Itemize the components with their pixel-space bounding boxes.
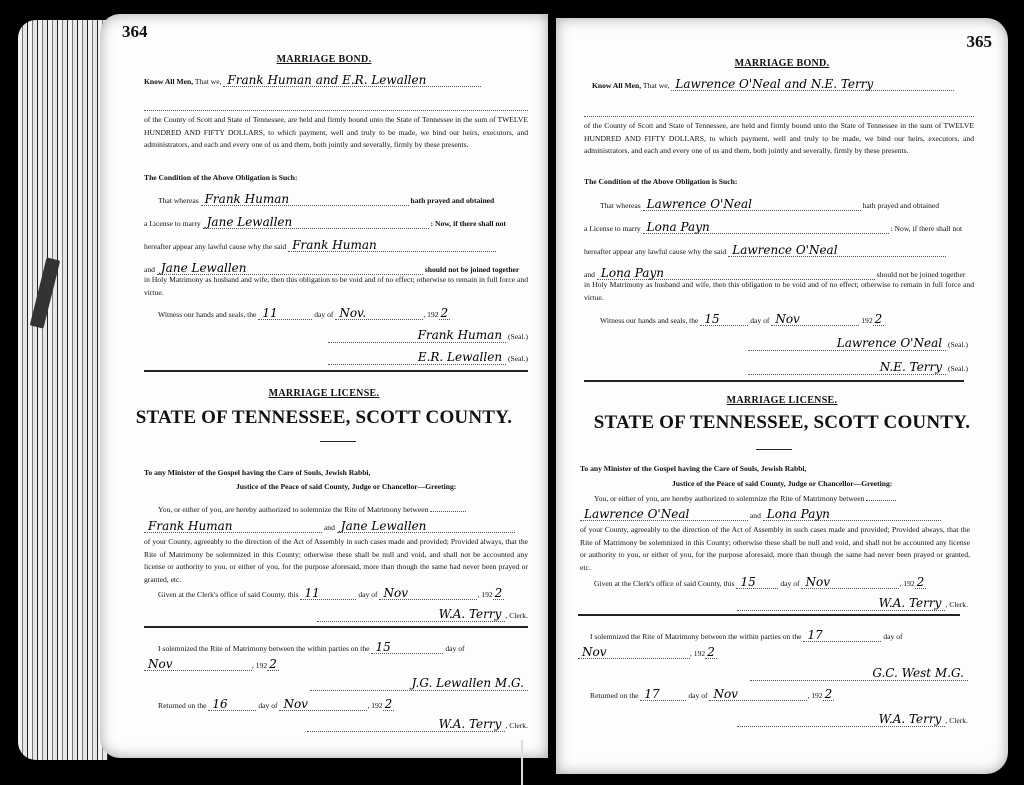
party1-field: Frank Human bbox=[144, 520, 322, 533]
signature-line-2: E.R. Lewallen (Seal.) bbox=[328, 350, 528, 365]
book-gutter bbox=[548, 0, 556, 785]
clerk-signature: W.A. Terry bbox=[737, 596, 945, 611]
bride-field: Lona Payn bbox=[643, 221, 889, 234]
solemnized-year: 2 bbox=[267, 658, 279, 671]
obligors-field: Lawrence O'Neal and N.E. Terry bbox=[671, 78, 954, 91]
solemnized-line: I solemnized the Rite of Matrimony betwe… bbox=[590, 629, 903, 642]
witness-line: Witness our hands and seals, the 15 day … bbox=[600, 313, 884, 326]
signature-line-1: Lawrence O'Neal (Seal.) bbox=[748, 336, 968, 351]
returned-day: 16 bbox=[208, 698, 256, 711]
short-rule bbox=[756, 449, 792, 450]
officiant-signature-line: G.C. West M.G. bbox=[750, 666, 968, 681]
holy-matrimony-text: in Holy Matrimony as husband and wife, t… bbox=[144, 274, 528, 299]
bond-body: of the County of Scott and State of Tenn… bbox=[144, 114, 528, 152]
page-365: 365 MARRIAGE BOND. Know All Men, That we… bbox=[556, 18, 1008, 774]
blank-line bbox=[144, 110, 528, 111]
that-whereas-line: That whereas Lawrence O'Neal hath prayed… bbox=[600, 198, 939, 211]
given-line: Given at the Clerk's office of said Coun… bbox=[158, 587, 504, 600]
license-body: of your County, agreeably to the directi… bbox=[144, 536, 528, 586]
blank-line bbox=[584, 116, 974, 117]
return-clerk-signature: W.A. Terry bbox=[737, 712, 945, 727]
greeting-line-1: To any Minister of the Gospel having the… bbox=[580, 465, 806, 473]
signature-1: Lawrence O'Neal bbox=[748, 336, 946, 351]
groom-field-2: Frank Human bbox=[288, 239, 496, 252]
groom-field-2: Lawrence O'Neal bbox=[728, 244, 946, 257]
given-day: 15 bbox=[736, 576, 778, 589]
groom-field: Frank Human bbox=[201, 193, 409, 206]
given-month: Nov bbox=[801, 576, 899, 589]
return-clerk-signature-line: W.A. Terry, Clerk. bbox=[737, 712, 968, 727]
clerk-signature-line: W.A. Terry, Clerk. bbox=[317, 607, 528, 622]
solemnized-day: 17 bbox=[803, 629, 881, 642]
solemnized-month: Nov bbox=[578, 646, 690, 659]
state-heading: STATE OF TENNESSEE, SCOTT COUNTY. bbox=[100, 407, 548, 429]
solemnized-month: Nov bbox=[144, 658, 252, 671]
bond-title: MARRIAGE BOND. bbox=[100, 54, 548, 65]
given-day: 11 bbox=[300, 587, 356, 600]
returned-month: Nov bbox=[709, 688, 807, 701]
condition-heading: The Condition of the Above Obligation is… bbox=[584, 178, 737, 186]
witness-year: 2 bbox=[439, 307, 451, 320]
witness-year: 2 bbox=[873, 313, 885, 326]
section-divider bbox=[578, 614, 960, 616]
given-month: Nov bbox=[379, 587, 477, 600]
that-whereas-line: That whereas Frank Human hath prayed and… bbox=[158, 193, 528, 206]
solemnized-line: I solemnized the Rite of Matrimony betwe… bbox=[158, 641, 465, 654]
gutter-crease bbox=[521, 740, 523, 785]
license-to-marry-line: a License to marry Lona Payn : Now, if t… bbox=[584, 221, 962, 234]
greeting-line-2: Justice of the Peace of said County, Jud… bbox=[672, 480, 892, 488]
officiant-signature-line: J.G. Lewallen M.G. bbox=[310, 676, 528, 691]
returned-line: Returned on the 16 day of Nov, 1922 bbox=[158, 698, 394, 711]
signature-line-2: N.E. Terry (Seal.) bbox=[748, 360, 968, 375]
witness-month: Nov. bbox=[335, 307, 423, 320]
party2-field: Lona Payn bbox=[763, 508, 941, 521]
page-364: 364 MARRIAGE BOND. Know All Men, That we… bbox=[100, 14, 548, 758]
clerk-signature-line: W.A. Terry, Clerk. bbox=[737, 596, 968, 611]
returned-year: 2 bbox=[383, 698, 395, 711]
page-number: 365 bbox=[967, 32, 993, 52]
parties-line: Lawrence O'Neal and Lona Payn bbox=[580, 508, 941, 521]
know-all-men-line: Know All Men, That we, Frank Human and E… bbox=[144, 74, 481, 87]
return-clerk-signature-line: W.A. Terry, Clerk. bbox=[307, 717, 528, 732]
solemnized-month-line: Nov, 1922 bbox=[578, 646, 717, 659]
given-year: 2 bbox=[915, 576, 927, 589]
short-rule bbox=[320, 441, 356, 442]
given-year: 2 bbox=[493, 587, 505, 600]
license-to-marry-line: a License to marry Jane Lewallen : Now, … bbox=[144, 216, 506, 229]
page-number: 364 bbox=[122, 22, 148, 42]
returned-year: 2 bbox=[823, 688, 835, 701]
returned-month: Nov bbox=[279, 698, 367, 711]
license-body: of your County, agreeably to the directi… bbox=[580, 524, 970, 574]
holy-matrimony-text: in Holy Matrimony as husband and wife, t… bbox=[584, 279, 974, 304]
signature-1: Frank Human bbox=[328, 328, 506, 343]
solemnized-month-line: Nov, 1922 bbox=[144, 658, 279, 671]
obligors-field: Frank Human and E.R. Lewallen bbox=[223, 74, 481, 87]
section-divider bbox=[144, 370, 528, 372]
bride-field: Jane Lewallen bbox=[203, 216, 429, 229]
witness-day: 15 bbox=[700, 313, 748, 326]
bond-body: of the County of Scott and State of Tenn… bbox=[584, 120, 974, 158]
returned-line: Returned on the 17 day of Nov, 1922 bbox=[590, 688, 834, 701]
party2-field: Jane Lewallen bbox=[337, 520, 515, 533]
solemnized-day: 15 bbox=[371, 641, 443, 654]
return-clerk-signature: W.A. Terry bbox=[307, 717, 505, 732]
witness-month: Nov bbox=[771, 313, 859, 326]
greeting-line-2: Justice of the Peace of said County, Jud… bbox=[236, 483, 456, 491]
clerk-signature: W.A. Terry bbox=[317, 607, 505, 622]
returned-day: 17 bbox=[640, 688, 686, 701]
signature-2: N.E. Terry bbox=[748, 360, 946, 375]
greeting-line-1: To any Minister of the Gospel having the… bbox=[144, 469, 370, 477]
party1-field: Lawrence O'Neal bbox=[580, 508, 748, 521]
given-line: Given at the Clerk's office of said Coun… bbox=[594, 576, 926, 589]
hereafter-line: hereafter appear any lawful cause why th… bbox=[584, 244, 946, 257]
witness-day: 11 bbox=[258, 307, 312, 320]
signature-line-1: Frank Human (Seal.) bbox=[328, 328, 528, 343]
authorized-line: You, or either of you, are hereby author… bbox=[594, 495, 896, 503]
witness-line: Witness our hands and seals, the 11 day … bbox=[158, 307, 450, 320]
bond-title: MARRIAGE BOND. bbox=[556, 58, 1008, 69]
parties-line: Frank Human and Jane Lewallen bbox=[144, 520, 515, 533]
groom-field: Lawrence O'Neal bbox=[643, 198, 861, 211]
condition-heading: The Condition of the Above Obligation is… bbox=[144, 174, 297, 182]
hereafter-line: hereafter appear any lawful cause why th… bbox=[144, 239, 496, 252]
license-title: MARRIAGE LICENSE. bbox=[100, 388, 548, 399]
state-heading: STATE OF TENNESSEE, SCOTT COUNTY. bbox=[556, 412, 1008, 434]
license-title: MARRIAGE LICENSE. bbox=[556, 395, 1008, 406]
signature-2: E.R. Lewallen bbox=[328, 350, 506, 365]
book-page-edges bbox=[18, 20, 108, 760]
section-divider bbox=[584, 380, 964, 382]
know-all-men-line: Know All Men, That we, Lawrence O'Neal a… bbox=[592, 78, 954, 91]
section-divider bbox=[144, 626, 528, 628]
solemnized-year: 2 bbox=[705, 646, 717, 659]
authorized-line: You, or either of you, are hereby author… bbox=[158, 506, 466, 514]
officiant-signature: G.C. West M.G. bbox=[750, 666, 968, 681]
officiant-signature: J.G. Lewallen M.G. bbox=[310, 676, 528, 691]
